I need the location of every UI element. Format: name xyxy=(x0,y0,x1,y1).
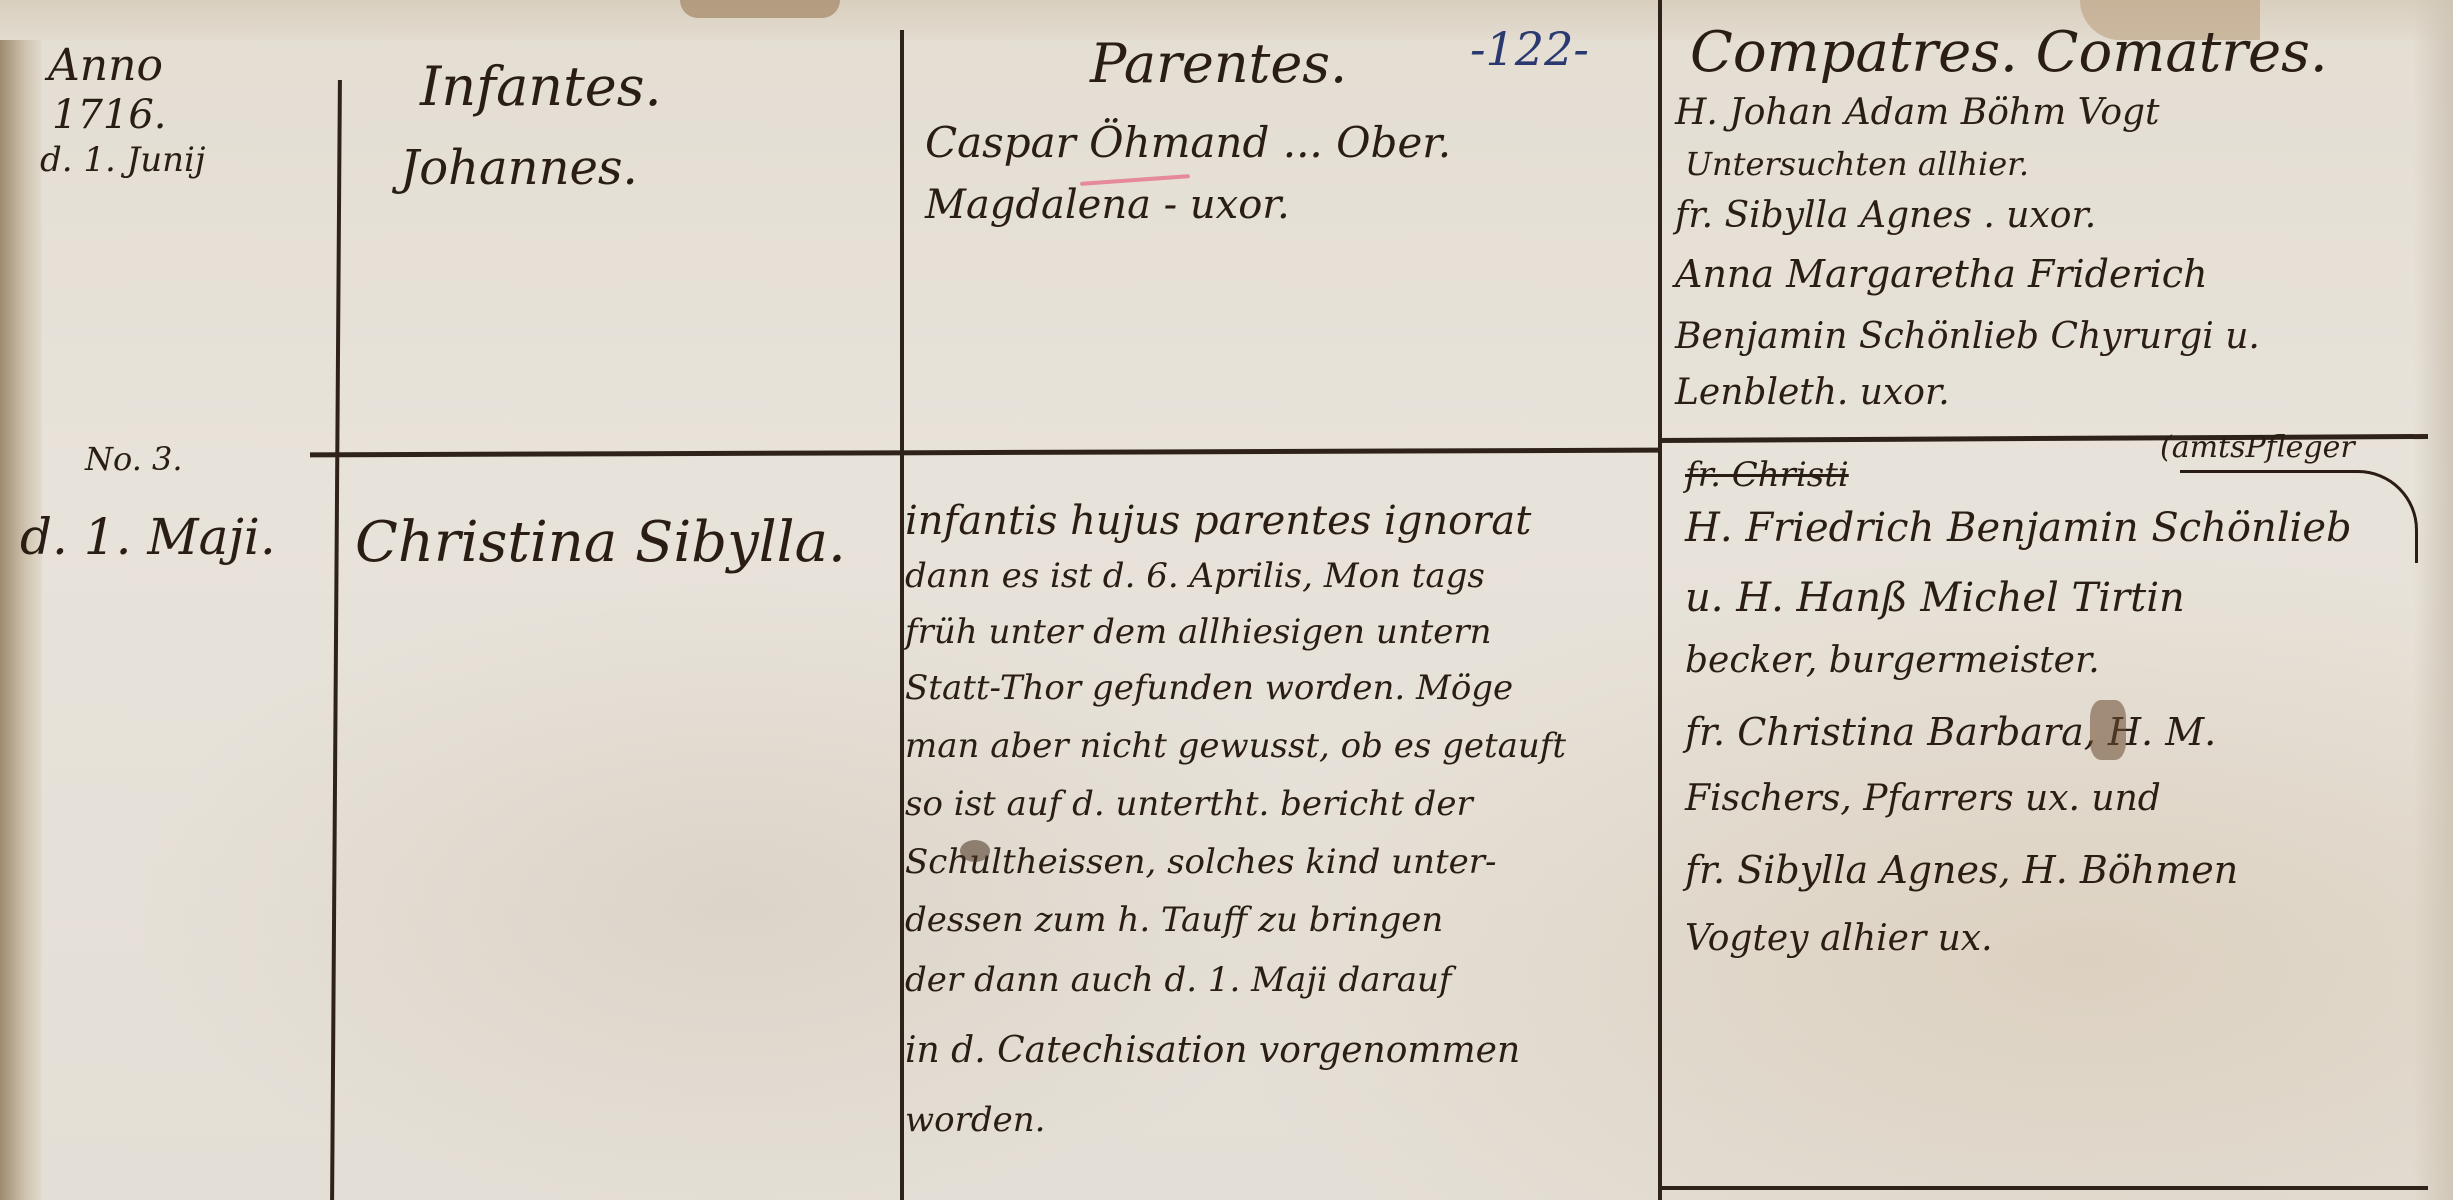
entry-2-sponsor-line: fr. Sibylla Agnes, H. Böhmen xyxy=(1685,848,2238,892)
entry-2-infant: Christina Sibylla. xyxy=(355,510,846,575)
entry-2-sponsor-line: becker, burgermeister. xyxy=(1685,640,2100,681)
entry-2-parents-line: in d. Catechisation vorgenommen xyxy=(905,1030,1520,1071)
entry-1-sponsor-line: Lenbleth. uxor. xyxy=(1675,372,1950,413)
entry-2-parents-line: dessen zum h. Tauff zu bringen xyxy=(905,900,1443,940)
entry-2-date: d. 1. Maji. xyxy=(20,508,276,566)
ink-blot xyxy=(2090,700,2126,760)
entry-2-number: No. 3. xyxy=(85,440,183,478)
entry-2-parents-line: so ist auf d. untertht. bericht der xyxy=(905,784,1473,824)
entry-2-sponsor-note: (amtsPfleger xyxy=(2160,430,2355,465)
entry-1-mother: Magdalena - uxor. xyxy=(925,182,1290,228)
row-divider xyxy=(310,448,1660,458)
entry-1-infant: Johannes. xyxy=(400,140,638,196)
column-divider xyxy=(1658,0,1662,1200)
entry-1-sponsor-line: Untersuchten allhier. xyxy=(1685,145,2029,183)
page-edge xyxy=(2413,0,2453,1200)
header-year: 1716. xyxy=(52,92,167,138)
entry-2-parents-line: Schultheissen, solches kind unter- xyxy=(905,842,1496,882)
header-compatres: Compatres. Comatres. xyxy=(1690,20,2328,85)
entry-2-sponsor-line: Fischers, Pfarrers ux. und xyxy=(1685,778,2161,819)
entry-1-sponsor-line: H. Johan Adam Böhm Vogt xyxy=(1675,92,2160,133)
entry-2-parents-line: früh unter dem allhiesigen untern xyxy=(905,612,1492,652)
entry-2-sponsor-line: H. Friedrich Benjamin Schönlieb xyxy=(1685,505,2352,551)
register-page: Anno 1716. d. 1. Junij Infantes. Parente… xyxy=(0,0,2453,1200)
entry-2-parents-line: infantis hujus parentes ignorat xyxy=(905,498,1531,544)
entry-2-parents-line: der dann auch d. 1. Maji darauf xyxy=(905,960,1451,1000)
stain xyxy=(680,0,840,18)
entry-2-sponsor-line: u. H. Hanß Michel Tirtin xyxy=(1685,575,2185,621)
entry-2-parents-line: dann es ist d. 6. Aprilis, Mon tags xyxy=(905,556,1485,596)
entry-1-father: Caspar Öhmand ... Ober. xyxy=(925,118,1451,167)
entry-1-date: d. 1. Junij xyxy=(40,140,205,180)
header-infantes: Infantes. xyxy=(420,55,662,118)
entry-1-sponsor-line: fr. Sibylla Agnes . uxor. xyxy=(1675,195,2096,236)
column-divider xyxy=(900,30,904,1200)
ink-blot xyxy=(960,840,990,862)
header-parentes: Parentes. xyxy=(1090,32,1347,95)
entry-2-parents-line: Statt-Thor gefunden worden. Möge xyxy=(905,668,1513,708)
entry-2-parents-line: worden. xyxy=(905,1100,1045,1140)
entry-2-sponsor-struck: fr. Christi xyxy=(1685,455,1849,495)
entry-1-sponsor-line: Anna Margaretha Friderich xyxy=(1675,252,2208,296)
row-divider xyxy=(1658,1186,2428,1190)
entry-2-sponsor-line: fr. Christina Barbara, H. M. xyxy=(1685,710,2216,754)
entry-1-sponsor-line: Benjamin Schönlieb Chyrurgi u. xyxy=(1675,316,2260,357)
page-number: -122- xyxy=(1470,22,1589,76)
column-divider xyxy=(330,80,342,1200)
binding-gutter xyxy=(0,40,42,1200)
entry-2-parents-line: man aber nicht gewusst, ob es getauft xyxy=(905,726,1566,766)
header-anno: Anno xyxy=(48,40,163,91)
entry-2-sponsor-line: Vogtey alhier ux. xyxy=(1685,918,1993,959)
